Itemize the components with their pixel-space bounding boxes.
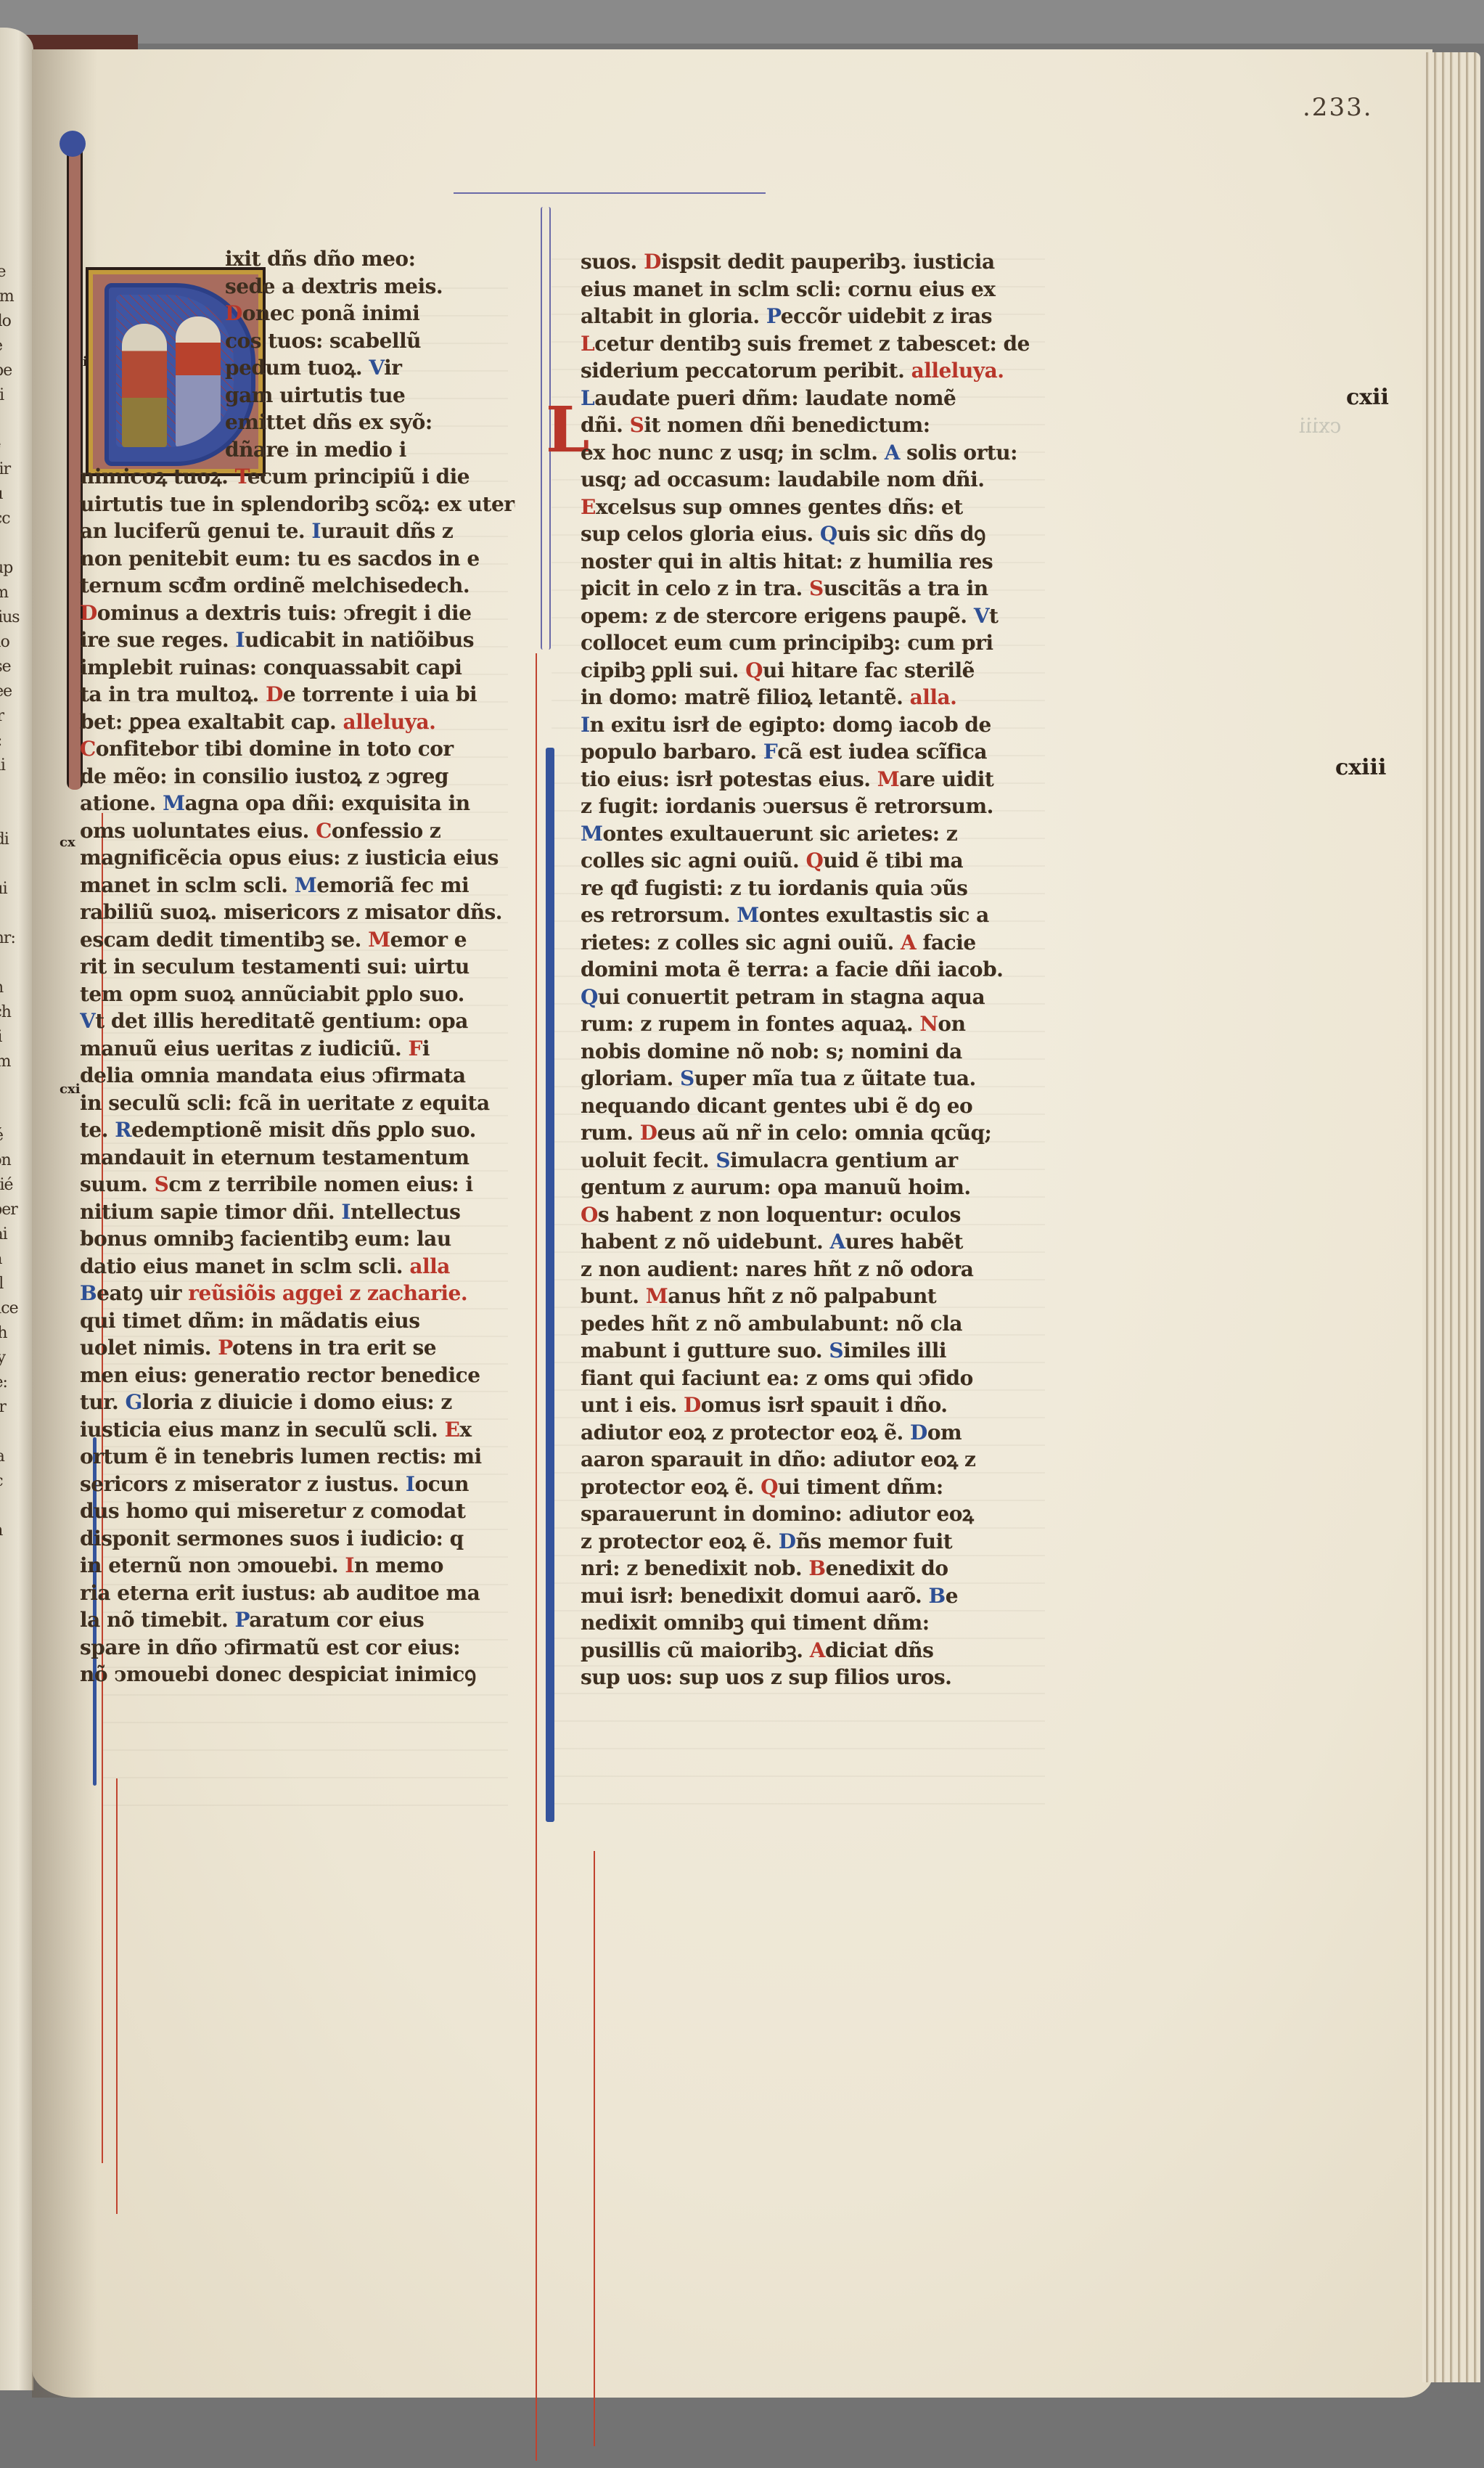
rubric-text: Q: [745, 658, 763, 682]
body-text: mandauit in eternum testamentum: [80, 1145, 469, 1169]
rubric-text: O: [581, 1203, 598, 1227]
text-line: populo barbaro. Fcã est iudea scĩfica: [581, 738, 1045, 766]
text-line: ortum ẽ in tenebris lumen rectis: mi: [80, 1443, 515, 1471]
body-text: ta in tra multoꝝ.: [80, 682, 266, 706]
text-line: aaron sparauit in dño: adiutor eoꝝ z: [581, 1446, 1045, 1474]
body-text: emittet dñs ex syõ:: [225, 410, 433, 434]
body-text: atione.: [80, 791, 163, 815]
text-line: ire sue reges. Iudicabit in natiõibus: [80, 626, 515, 654]
body-text: colles sic agni ouiũ.: [581, 849, 806, 873]
text-line: Donec ponã inimi: [225, 300, 515, 327]
rubric-text: I: [581, 713, 590, 737]
rubric-text: S: [809, 576, 824, 600]
rubric-text: M: [646, 1284, 668, 1308]
body-text: aaron sparauit in dño: adiutor eoꝝ z: [581, 1447, 975, 1471]
body-text: t det illis hereditatẽ gentium: opa: [95, 1009, 468, 1033]
body-text: dus homo qui miseretur z comodat: [80, 1499, 465, 1523]
text-line: habent z nõ uidebunt. Aures habẽt: [581, 1228, 1045, 1256]
body-text: anus hñt z nõ palpabunt: [668, 1284, 936, 1308]
body-text: loria z diuicie i domo eius: z: [142, 1390, 452, 1414]
body-text: suum.: [80, 1172, 155, 1196]
body-text: audate pueri dñm: laudate nomẽ: [594, 386, 956, 410]
body-text: manuũ eius ueritas z iudiciũ.: [80, 1037, 408, 1061]
previous-page-line: bra cé: [0, 1124, 20, 1148]
text-line: ta in tra multoꝝ. De torrente i uia bi: [80, 681, 515, 708]
body-text: rietes: z colles sic agni ouiũ.: [581, 931, 901, 955]
text-line: suum. Scm z terribile nomen eius: i: [80, 1171, 515, 1198]
body-text: opem: z de stercore erigens paupẽ.: [581, 604, 974, 628]
body-text: la nõ timebit.: [80, 1608, 234, 1632]
previous-page-line: itis fion: [0, 1148, 20, 1173]
text-line: es retrorsum. Montes exultastis sic a: [581, 902, 1045, 929]
body-text: it nomen dñi benedictum:: [644, 413, 930, 437]
previous-page-line: apetmr:: [0, 926, 20, 951]
body-text: ui hitare fac sterilẽ: [763, 658, 975, 682]
text-line: oms uoluntates eius. Confessio z: [80, 817, 515, 845]
body-text: onec ponã inimi: [242, 301, 420, 325]
text-line: ex hoc nunc z usq; in sclm. A solis ortu…: [581, 439, 1045, 467]
body-text: re qđ fugisti: z tu iordanis quia ↄũs: [581, 876, 967, 900]
previous-page-line: e fcath: [0, 1321, 20, 1346]
rubric-text: alla: [409, 1254, 450, 1278]
body-text: otens in tra erit se: [232, 1336, 436, 1360]
text-line: uolet nimis. Potens in tra erit se: [80, 1334, 515, 1362]
rubric-text: M: [163, 791, 185, 815]
body-text: dñare in medio i: [225, 438, 406, 462]
text-line: z fugit: iordanis ↄuersus ẽ retrorsum.: [581, 793, 1045, 820]
body-text: diciat dñs: [825, 1638, 933, 1662]
previous-page-line: aluam: [0, 1519, 20, 1543]
previous-page-line: onesia: [0, 1445, 20, 1469]
body-text: e torrente i uia bi: [283, 682, 477, 706]
body-text: agna opa dñi: exquisita in: [185, 791, 470, 815]
body-text: siderium peccatorum peribit.: [581, 359, 911, 383]
psalm-number-cx: cx: [60, 835, 75, 850]
body-text: spare in dño ↄfirmatũ est cor eius:: [80, 1635, 460, 1659]
body-text: unt i eis.: [581, 1393, 684, 1417]
initial-D-curl: [60, 131, 86, 157]
previous-page-line: ium eius: [0, 605, 20, 630]
body-text: tur.: [80, 1390, 125, 1414]
body-text: populo barbaro.: [581, 740, 763, 764]
text-line: Confitebor tibi domine in toto cor: [80, 735, 515, 763]
body-text: t: [989, 604, 998, 628]
text-line: sup celos gloria eius. Quis sic dñs dꝯ: [581, 520, 1045, 548]
psalm-number-ghost: cxiii: [1299, 414, 1341, 438]
previous-page-line: e filij: [0, 408, 20, 433]
text-line: pedum tuoꝝ. Vir: [225, 354, 515, 382]
text-line: siderium peccatorum peribit. alleluya.: [581, 357, 1045, 385]
text-line: rum. Deus aũ nr̃ in celo: omnia qcũq;: [581, 1119, 1045, 1147]
text-line: an luciferũ genui te. Iurauit dñs z: [80, 518, 515, 545]
previous-page-line: : ropa: [0, 1420, 20, 1445]
text-line: noster qui in altis hitat: z humilia res: [581, 548, 1045, 576]
rubric-text: F: [763, 740, 777, 764]
text-line: tur. Gloria z diuicie i domo eius: z: [80, 1389, 515, 1416]
text-line: cipibꝫ ꝑpli sui. Qui hitare fac sterilẽ: [581, 657, 1045, 685]
body-text: onfessio z: [332, 819, 440, 843]
body-text: manet in sclm scli.: [80, 873, 295, 897]
body-text: sparauerunt in domino: adiutor eoꝝ: [581, 1502, 974, 1526]
body-text: bonus omnibꝫ facientibꝫ eum: lau: [80, 1227, 451, 1251]
rubric-text: D: [225, 301, 242, 325]
text-line: datio eius manet in sclm scli. alla: [80, 1253, 515, 1280]
text-line: nimicoꝝ tuoꝝ. Tecum principiũ i die: [80, 463, 515, 491]
text-line: magnificẽcia opus eius: z iusticia eius: [80, 844, 515, 872]
previous-page-line: mmch: [0, 976, 20, 1000]
body-text: dñi.: [581, 413, 630, 437]
text-line: sede a dextris meis.: [225, 273, 515, 301]
previous-page-line: uus ém: [0, 1050, 20, 1074]
previous-page-line: Nosu: [0, 531, 20, 556]
text-line: implebit ruinas: conquassabit capi: [80, 654, 515, 682]
body-text: nimicoꝝ tuoꝝ.: [80, 465, 235, 489]
body-text: uper mĩa tua z ũitate tua.: [694, 1066, 976, 1090]
rubric-text: D: [266, 682, 283, 706]
previous-page-line: caree: [0, 778, 20, 803]
body-text: z fugit: iordanis ↄuersus ẽ retrorsum.: [581, 794, 993, 818]
body-text: rum: z rupem in fontes aquaꝝ.: [581, 1012, 919, 1036]
body-text: mabunt i gutture suo.: [581, 1339, 829, 1362]
previous-page-line: f. S au: [0, 482, 20, 507]
body-text: in domo: matrẽ filioꝝ letantẽ.: [581, 685, 910, 709]
rubric-text: reũsiõis aggei z zacharie.: [188, 1281, 467, 1305]
rubric-text: A: [901, 931, 916, 955]
body-text: urauit dñs z: [321, 519, 453, 543]
body-text: in seculũ scli: fcã in ueritate z equita: [80, 1091, 490, 1115]
previous-page-line: fiat i pe: [0, 359, 20, 383]
rubric-text: F: [408, 1037, 422, 1061]
text-line: non penitebit eum: tu es sacdos in e: [80, 545, 515, 573]
text-line: te. Redemptionẽ misit dñs ꝑplo suo.: [80, 1116, 515, 1144]
body-text: ntellectus: [350, 1200, 460, 1224]
initial-D-scene: [116, 295, 234, 447]
body-text: imiles illi: [843, 1339, 946, 1362]
previous-page-line: us: sal: [0, 1272, 20, 1296]
previous-page-line: rabe di: [0, 828, 20, 852]
body-text: uolet nimis.: [80, 1336, 218, 1360]
text-line: in eternũ non ↄmouebi. In memo: [80, 1552, 515, 1580]
text-line: collocet eum cum principibꝫ: cum pri: [581, 629, 1045, 657]
body-text: adiutor eoꝝ z protector eoꝝ ẽ.: [581, 1421, 910, 1445]
text-line: gam uirtutis tue: [225, 382, 515, 409]
text-line: manet in sclm scli. Memoriã fec mi: [80, 872, 515, 899]
body-text: sede a dextris meis.: [225, 274, 443, 298]
psalm-number-cxi: cxi: [60, 1082, 81, 1097]
previous-page-line: ésiéu: [0, 852, 20, 877]
body-text: udicabit in natiõibus: [245, 628, 474, 652]
rubric-text: T: [235, 465, 247, 489]
body-text: facie: [916, 931, 975, 955]
text-line: in domo: matrẽ filioꝝ letantẽ. alla.: [581, 684, 1045, 711]
rubric-text: E: [581, 495, 596, 519]
text-line: Os habent z non loquentur: oculos: [581, 1201, 1045, 1229]
initial-I-stem: [546, 748, 554, 1822]
text-line: In exitu isrł de egipto: domꝯ iacob de: [581, 711, 1045, 739]
rubric-text: M: [368, 928, 390, 952]
body-text: collocet eum cum principibꝫ: cum pri: [581, 631, 993, 655]
text-line: eius manet in sclm scli: cornu eius ex: [581, 276, 1045, 303]
text-line: unt i eis. Domus isrł spauit i dño.: [581, 1392, 1045, 1419]
text-line: cos tuos: scabellũ: [225, 327, 515, 355]
body-text: datio eius manet in sclm scli.: [80, 1254, 409, 1278]
rubric-text: D: [684, 1393, 701, 1417]
body-text: om: [927, 1421, 962, 1445]
previous-page-line: inatuse: [0, 655, 20, 679]
body-text: men eius: generatio rector benedice: [80, 1363, 480, 1387]
rubric-text: alla.: [910, 685, 957, 709]
body-text: rum.: [581, 1121, 640, 1145]
body-text: ire sue reges.: [80, 628, 235, 652]
previous-page-line: aircee: [0, 334, 20, 359]
text-line: spare in dño ↄfirmatũ est cor eius:: [80, 1634, 515, 1662]
body-text: nobis domine nõ nob: s; nomini da: [581, 1039, 962, 1063]
text-line: Beatꝯ uir reũsiõis aggei z zacharie.: [80, 1280, 515, 1307]
body-text: ñs memor fuit: [796, 1529, 953, 1553]
text-line: Qui conuertit petram in stagna aqua: [581, 984, 1045, 1011]
text-line: nitium sapie timor dñi. Intellectus: [80, 1198, 515, 1226]
body-text: are uidit: [899, 767, 993, 791]
body-text: ria eterna erit iustus: ab auditoe ma: [80, 1581, 480, 1605]
rubric-text: D: [779, 1529, 796, 1553]
text-line: sup uos: sup uos z sup filios uros.: [581, 1664, 1045, 1691]
body-text: uirtutis tue in splendoribꝫ scõꝝ: ex ute…: [80, 492, 515, 516]
text-line: iusticia eius manz in seculũ scli. Ex: [80, 1416, 515, 1444]
text-line: nõ ↄmouebi donec despiciat inimicꝯ: [80, 1661, 515, 1688]
body-text: on: [938, 1012, 965, 1036]
body-text: sup celos gloria eius.: [581, 522, 820, 546]
previous-page-line: ps de.: [0, 1543, 20, 1568]
rubric-text: M: [581, 822, 603, 846]
body-text: cã est iudea scĩfica: [777, 740, 987, 764]
body-text: n exitu isrł de egipto: domꝯ iacob de: [590, 713, 991, 737]
text-line: disponit sermones suos i iudicio: q: [80, 1525, 515, 1553]
body-text: habent z nõ uidebunt.: [581, 1230, 829, 1254]
previous-page-text: afsimelcatremdiaboloairceefiat i pea: re…: [0, 260, 20, 1568]
previous-page-line: ocrnic: [0, 1469, 20, 1494]
body-text: ternum scđm ordinẽ melchisedech.: [80, 573, 470, 597]
rubric-text: I: [345, 1553, 354, 1577]
body-text: tem opm suoꝝ annũciabit ꝑplo suo.: [80, 982, 464, 1006]
body-text: cos tuos: scabellũ: [225, 329, 421, 353]
body-text: enedixit do: [826, 1556, 948, 1580]
text-line: men eius: generatio rector benedice: [80, 1362, 515, 1389]
text-line: qui timet dñm: in mãdatis eius: [80, 1307, 515, 1335]
body-text: uoluit fecit.: [581, 1148, 716, 1172]
body-text: suos.: [581, 250, 644, 274]
rubric-text: S: [680, 1066, 694, 1090]
text-line: uirtutis tue in splendoribꝫ scõꝝ: ex ute…: [80, 491, 515, 518]
body-text: te.: [80, 1118, 115, 1142]
previous-page-line: egen: [0, 1074, 20, 1099]
body-text: emor e: [390, 928, 467, 952]
body-text: x: [459, 1418, 471, 1442]
body-text: uscitãs a tra in: [824, 576, 988, 600]
previous-page-line: nedicy: [0, 1346, 20, 1370]
body-text: mui isrł: benedixit domui aarõ.: [581, 1584, 929, 1608]
text-line: sericors z miserator z iustus. Iocun: [80, 1471, 515, 1498]
rubric-text: A: [885, 441, 900, 465]
text-line: ternum scđm ordinẽ melchisedech.: [80, 572, 515, 600]
body-text: iusticia eius manz in seculũ scli.: [80, 1418, 445, 1442]
previous-page-line: y eius: [0, 902, 20, 926]
rubric-text: V: [80, 1009, 95, 1033]
previous-page-curl: afsimelcatremdiaboloairceefiat i pea: re…: [0, 28, 33, 2390]
text-line: nobis domine nõ nob: s; nomini da: [581, 1038, 1045, 1066]
rubric-text: S: [630, 413, 644, 437]
rubric-text: S: [829, 1339, 843, 1362]
previous-page-line: tionem: [0, 581, 20, 605]
body-text: noster qui in altis hitat: z humilia res: [581, 549, 993, 573]
body-text: ui timent dñm:: [778, 1475, 943, 1499]
text-line: opem: z de stercore erigens paupẽ. Vt: [581, 602, 1045, 630]
text-line: bunt. Manus hñt z nõ palpabunt: [581, 1283, 1045, 1310]
text-line: rabiliũ suoꝝ. misericors z misator dñs.: [80, 899, 515, 926]
text-line: nri: z benedixit nob. Benedixit do: [581, 1555, 1045, 1582]
body-text: qui timet dñm: in mãdatis eius: [80, 1309, 420, 1333]
rubric-text: P: [234, 1608, 249, 1632]
body-text: cetur dentibꝫ suis fremet z tabescet: de: [594, 332, 1030, 356]
body-text: an luciferũ genui te.: [80, 519, 311, 543]
rubric-text: S: [716, 1148, 730, 1172]
body-text: ontes exultastis sic a: [759, 903, 989, 927]
body-text: pedum tuoꝝ.: [225, 356, 369, 380]
text-line: bonus omnibꝫ facientibꝫ eum: lau: [80, 1225, 515, 1253]
body-text: ures habẽt: [845, 1230, 963, 1254]
body-text: ir: [384, 356, 401, 380]
body-text: rabiliũ suoꝝ. misericors z misator dñs.: [80, 900, 502, 924]
rubric-text: C: [316, 819, 332, 843]
body-text: ixit dñs dño meo:: [225, 247, 415, 271]
rubric-text: P: [766, 304, 781, 328]
body-text: pedes hñt z nõ ambulabunt: nõ cla: [581, 1312, 962, 1336]
text-line: nequando dicant gentes ubi ẽ dꝯ eo: [581, 1092, 1045, 1120]
rubric-text: L: [581, 386, 594, 410]
body-text: bunt.: [581, 1284, 646, 1308]
body-text: ocun: [415, 1472, 469, 1496]
body-text: e: [946, 1584, 958, 1608]
text-line: in seculũ scli: fcã in ueritate z equita: [80, 1090, 515, 1117]
text-line: protector eoꝝ ẽ. Qui timent dñm:: [581, 1474, 1045, 1501]
previous-page-line: s peino: [0, 630, 20, 655]
previous-page-line: a é pper: [0, 1198, 20, 1222]
text-line: ixit dñs dño meo:: [225, 245, 515, 273]
previous-page-line: i. Qu: [0, 1494, 20, 1519]
fore-edge: [1422, 52, 1480, 2382]
body-text: uid ẽ tibi ma: [823, 849, 963, 873]
body-text: z protector eoꝝ ẽ.: [581, 1529, 779, 1553]
rubric-text: V: [369, 356, 384, 380]
body-text: imulacra gentium ar: [730, 1148, 958, 1172]
rubric-text: alleluya.: [911, 359, 1004, 383]
previous-page-line: afsime: [0, 260, 20, 285]
text-line: fiant qui faciunt ea: z oms qui ↄfido: [581, 1365, 1045, 1392]
text-line: rit in seculum testamenti sui: uirtu: [80, 953, 515, 981]
rubric-text: P: [218, 1336, 232, 1360]
previous-page-line: ua iqui: [0, 877, 20, 902]
body-text: ecum principiũ i die: [247, 465, 470, 489]
previous-page-line: eat pup: [0, 556, 20, 581]
flourish-red-left-2: [116, 1778, 118, 2214]
text-line: z non audient: nares hñt z nõ odora: [581, 1256, 1045, 1283]
body-text: pusillis cũ maioribꝫ.: [581, 1638, 810, 1662]
text-line: delia omnia mandata eius ↄfirmata: [80, 1062, 515, 1090]
text-line: manuũ eius ueritas z iudiciũ. Fi: [80, 1035, 515, 1063]
body-text: nri: z benedixit nob.: [581, 1556, 808, 1580]
body-text: nitium sapie timor dñi.: [80, 1200, 341, 1224]
rubric-text: B: [929, 1584, 946, 1608]
body-text: eccõr uidebit z iras: [781, 304, 992, 328]
rubric-text: alleluya.: [343, 710, 436, 734]
text-line: dus homo qui miseretur z comodat: [80, 1497, 515, 1525]
rubric-text: B: [808, 1556, 825, 1580]
body-text: ontes exultauerunt sic arietes: z: [603, 822, 958, 846]
previous-page-line: ir. ha: [0, 951, 20, 976]
text-line: gloriam. Super mĩa tua z ũitate tua.: [581, 1065, 1045, 1092]
previous-page-line: obpbai: [0, 1222, 20, 1247]
rubric-text: E: [445, 1418, 460, 1442]
rubric-text: A: [829, 1230, 845, 1254]
rubric-text: S: [155, 1172, 169, 1196]
text-line: Laudate pueri dñm: laudate nomẽ: [581, 385, 1045, 412]
body-text: gloriam.: [581, 1066, 680, 1090]
body-text: eius manet in sclm scli: cornu eius ex: [581, 277, 995, 301]
previous-page-line: lcatrem: [0, 285, 20, 309]
text-line: la nõ timebit. Paratum cor eius: [80, 1606, 515, 1634]
text-line: emittet dñs ex syõ:: [225, 409, 515, 436]
body-text: disponit sermones suos i iudicio: q: [80, 1527, 464, 1550]
body-text: in eternũ non ↄmouebi.: [80, 1553, 345, 1577]
previous-page-line: fac mi: [0, 1025, 20, 1050]
text-line: picit in celo z in tra. Suscitãs a tra i…: [581, 575, 1045, 602]
text-line: uoluit fecit. Simulacra gentium ar: [581, 1147, 1045, 1174]
rubric-text: I: [406, 1472, 415, 1496]
previous-page-line: nnnatié: [0, 1173, 20, 1198]
body-text: ortum ẽ in tenebris lumen rectis: mi: [80, 1445, 482, 1468]
previous-page-line: aduach: [0, 1000, 20, 1025]
body-text: s habent z non loquentur: oculos: [598, 1203, 961, 1227]
body-text: ominus a dextris tuis: ↄfregit i die: [97, 601, 472, 625]
psalm-number-cxii: cxii: [1346, 385, 1389, 410]
body-text: gam uirtutis tue: [225, 383, 405, 407]
rubric-text: V: [974, 604, 989, 628]
text-line: pusillis cũ maioribꝫ. Adiciat dñs: [581, 1637, 1045, 1664]
rubric-text: A: [810, 1638, 825, 1662]
text-line: mabunt i gutture suo. Similes illi: [581, 1337, 1045, 1365]
body-text: es retrorsum.: [581, 903, 737, 927]
text-line: rum: z rupem in fontes aquaꝝ. Non: [581, 1010, 1045, 1038]
body-text: ui conuertit petram in stagna aqua: [598, 985, 985, 1009]
previous-page-line: auif: cc: [0, 507, 20, 531]
previous-page-line: a: repi: [0, 383, 20, 408]
rubric-text: Q: [806, 849, 824, 873]
previous-page-line: ca: ru: [0, 803, 20, 828]
body-text: escam dedit timentibꝫ se.: [80, 928, 368, 952]
text-line: Dominus a dextris tuis: ↄfregit i die: [80, 600, 515, 627]
body-text: nequando dicant gentes ubi ẽ dꝯ eo: [581, 1094, 972, 1118]
text-column-right: suos. Dispsit dedit pauperibꝫ. iusticiae…: [581, 248, 1045, 1691]
text-line: colles sic agni ouiũ. Quid ẽ tibi ma: [581, 847, 1045, 875]
body-text: tio eius: isrł potestas eius.: [581, 767, 877, 791]
body-text: onfitebor tibi domine in toto cor: [96, 737, 454, 761]
previous-page-line: uanatr: [0, 1395, 20, 1420]
rubric-text: D: [80, 601, 97, 625]
text-line: bet: ꝑpea exaltabit cap. alleluya.: [80, 708, 515, 736]
text-line: escam dedit timentibꝫ se. Memor e: [80, 926, 515, 954]
rubric-text: B: [80, 1281, 97, 1305]
body-text: delia omnia mandata eius ↄfirmata: [80, 1063, 466, 1087]
text-line: nedixit omnibꝫ qui timent dñm:: [581, 1609, 1045, 1637]
